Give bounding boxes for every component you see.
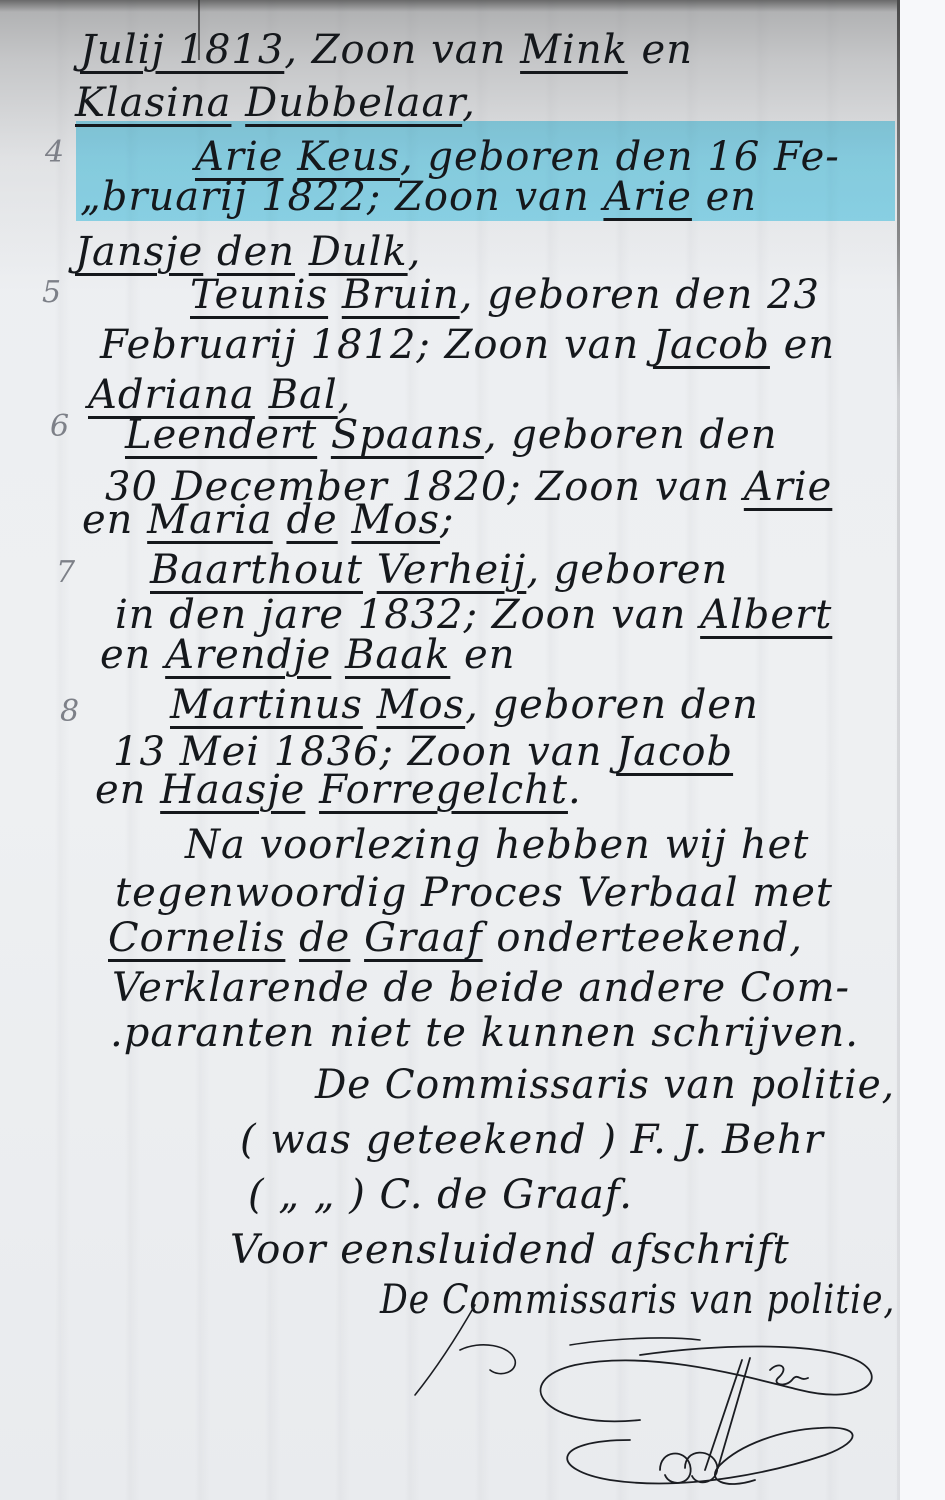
underlined-name: de (286, 497, 337, 543)
text-line-l21: Verklarende de beide andere Com- (112, 968, 850, 1008)
signature-flourish-icon (480, 1320, 900, 1490)
text-segment (317, 412, 331, 458)
text-segment: ( was geteekend ) F. J. Behr (240, 1117, 824, 1163)
text-line-l24: ( was geteekend ) F. J. Behr (240, 1120, 824, 1160)
text-segment: en (100, 632, 165, 678)
text-segment (203, 229, 217, 275)
underlined-name: Forregelcht (319, 767, 568, 813)
text-segment: , geboren den 23 (460, 272, 820, 318)
underlined-name: Leendert (125, 412, 317, 458)
underlined-name: Jacob (653, 322, 770, 368)
margin-number: 8 (60, 697, 79, 727)
text-segment: onderteekend, (483, 915, 803, 961)
text-line-l20: Cornelis de Graaf onderteekend, (108, 918, 803, 958)
underlined-name: Mink (520, 27, 628, 73)
text-segment (305, 767, 319, 813)
underlined-name: Klasina (75, 80, 231, 126)
text-line-l12: Baarthout Verheij, geboren (150, 550, 728, 590)
document-page: 45678 Julij 1813, Zoon van Mink enKlasin… (0, 0, 945, 1500)
text-segment (363, 547, 377, 593)
text-segment: , (408, 229, 422, 275)
text-line-l26: Voor eensluidend afschrift (230, 1230, 790, 1270)
underlined-name: Jansje (75, 229, 203, 275)
underlined-name: Baarthout (150, 547, 363, 593)
text-segment (328, 272, 342, 318)
underlined-name: Albert (700, 592, 832, 638)
text-segment: Februarij 1812; Zoon van (100, 322, 653, 368)
underlined-name: Maria (147, 497, 273, 543)
text-segment: ; (440, 497, 454, 543)
underlined-name: Cornelis (108, 915, 285, 961)
text-segment: en (692, 174, 757, 220)
underlined-name: Teunis (190, 272, 328, 318)
underlined-name: de (299, 915, 350, 961)
text-segment: en (82, 497, 147, 543)
underlined-name: den (217, 229, 295, 275)
text-segment (285, 915, 299, 961)
underlined-name: Julij 1813 (80, 27, 284, 73)
text-segment: .paranten niet te kunnen schrijven. (110, 1010, 859, 1056)
text-segment (350, 915, 364, 961)
text-line-l27: De Commissaris van politie, (380, 1280, 895, 1320)
text-line-l22: .paranten niet te kunnen schrijven. (110, 1013, 859, 1053)
text-line-l16: 13 Mei 1836; Zoon van Jacob (113, 732, 733, 772)
margin-number: 5 (42, 278, 61, 308)
underlined-name: Arie (744, 464, 832, 510)
text-segment: , (462, 80, 476, 126)
underlined-name: Verheij (377, 547, 527, 593)
text-segment (295, 229, 309, 275)
text-segment (363, 682, 377, 728)
scan-shadow-top (0, 0, 897, 12)
text-line-l2: Klasina Dubbelaar, (75, 83, 476, 123)
text-segment: tegenwoordig Proces Verbaal met (115, 870, 833, 916)
text-line-l1: Julij 1813, Zoon van Mink en (80, 30, 693, 70)
text-line-l17: en Haasje Forregelcht. (95, 770, 582, 810)
text-segment: en (770, 322, 835, 368)
text-line-l9: Leendert Spaans, geboren den (125, 415, 778, 455)
text-segment: Voor eensluidend afschrift (230, 1227, 790, 1273)
underlined-name: Jacob (616, 729, 733, 775)
text-segment (231, 80, 245, 126)
text-segment: De Commissaris van politie, (380, 1277, 895, 1323)
text-line-l15: Martinus Mos, geboren den (170, 685, 759, 725)
text-segment (273, 497, 287, 543)
text-segment: en (450, 632, 515, 678)
margin-number: 6 (50, 412, 69, 442)
scan-background (900, 0, 945, 1500)
text-line-l19: tegenwoordig Proces Verbaal met (115, 873, 833, 913)
text-line-l11: en Maria de Mos; (82, 500, 455, 540)
text-line-l23: De Commissaris van politie, (315, 1065, 895, 1105)
text-segment: „bruarij 1822; Zoon van (80, 174, 603, 220)
margin-number: 4 (45, 138, 64, 168)
text-segment: , geboren den (465, 682, 759, 728)
underlined-name: Bruin (342, 272, 460, 318)
text-segment: , geboren (526, 547, 728, 593)
underlined-name: Dubbelaar (245, 80, 462, 126)
text-line-l14: en Arendje Baak en (100, 635, 515, 675)
text-line-l3: Arie Keus, geboren den 16 Fe- (195, 137, 840, 177)
text-segment: De Commissaris van politie, (315, 1062, 895, 1108)
text-segment: en (95, 767, 160, 813)
text-segment: en (628, 27, 693, 73)
text-segment: Na voorlezing hebben wij het (185, 822, 809, 868)
text-line-l13: in den jare 1832; Zoon van Albert (115, 595, 832, 635)
underlined-name: Dulk (309, 229, 408, 275)
underlined-name: Baak (345, 632, 450, 678)
underlined-name: Spaans (331, 412, 484, 458)
underlined-name: Martinus (170, 682, 363, 728)
text-line-l6: Teunis Bruin, geboren den 23 (190, 275, 820, 315)
text-line-l8: Adriana Bal, (88, 375, 351, 415)
text-segment: , Zoon van (284, 27, 520, 73)
text-segment: . (568, 767, 582, 813)
text-line-l18: Na voorlezing hebben wij het (185, 825, 809, 865)
text-line-l25: ( „ „ ) C. de Graaf. (248, 1175, 633, 1215)
text-line-l7: Februarij 1812; Zoon van Jacob en (100, 325, 835, 365)
text-segment (338, 497, 352, 543)
text-line-l4: „bruarij 1822; Zoon van Arie en (80, 177, 757, 217)
text-segment: Verklarende de beide andere Com- (112, 965, 850, 1011)
text-segment: , geboren den (484, 412, 778, 458)
underlined-name: Haasje (160, 767, 305, 813)
underlined-name: Mos (351, 497, 440, 543)
text-segment: ( „ „ ) C. de Graaf. (248, 1172, 633, 1218)
margin-number: 7 (56, 558, 75, 588)
underlined-name: Arie (603, 174, 691, 220)
text-segment (331, 632, 345, 678)
underlined-name: Graaf (364, 915, 483, 961)
text-line-l5: Jansje den Dulk, (75, 232, 421, 272)
underlined-name: Mos (377, 682, 466, 728)
underlined-name: Arendje (165, 632, 331, 678)
